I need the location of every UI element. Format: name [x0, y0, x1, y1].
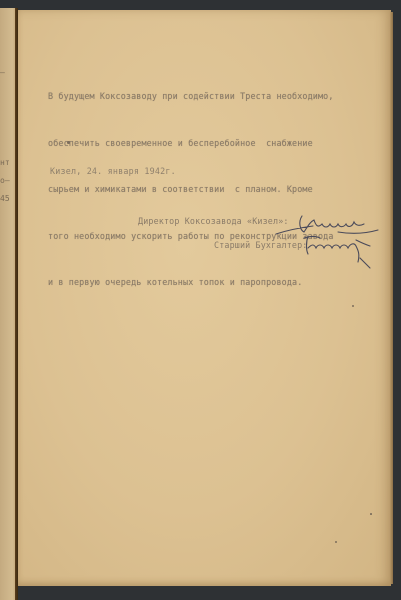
body-line: сырьем и химикатами в соответствии с пла…: [48, 182, 348, 198]
director-title: Директор Коксозавода «Кизел»:: [138, 216, 289, 226]
ink-dot: [67, 141, 70, 144]
body-line: В будущем Коксозаводу при содействии Тре…: [48, 89, 348, 105]
left-page-fragment: о—: [0, 176, 10, 185]
page-edge-shadow: [390, 12, 393, 584]
paper-speck: [335, 541, 337, 543]
paper-speck: [370, 513, 372, 515]
body-line: и в первую очередь котельных топок и пар…: [48, 275, 348, 291]
body-line: обеспечить своевременное и бесперебойное…: [48, 136, 348, 152]
paper-speck: [352, 305, 354, 307]
date-place-line: Кизел, 24. января 1942г.: [50, 166, 176, 176]
left-page-fragment: 45: [0, 194, 10, 203]
left-page-fragment: нт: [0, 158, 10, 167]
left-page-fragment: —: [0, 68, 5, 77]
accountant-signature-icon: [300, 232, 380, 272]
